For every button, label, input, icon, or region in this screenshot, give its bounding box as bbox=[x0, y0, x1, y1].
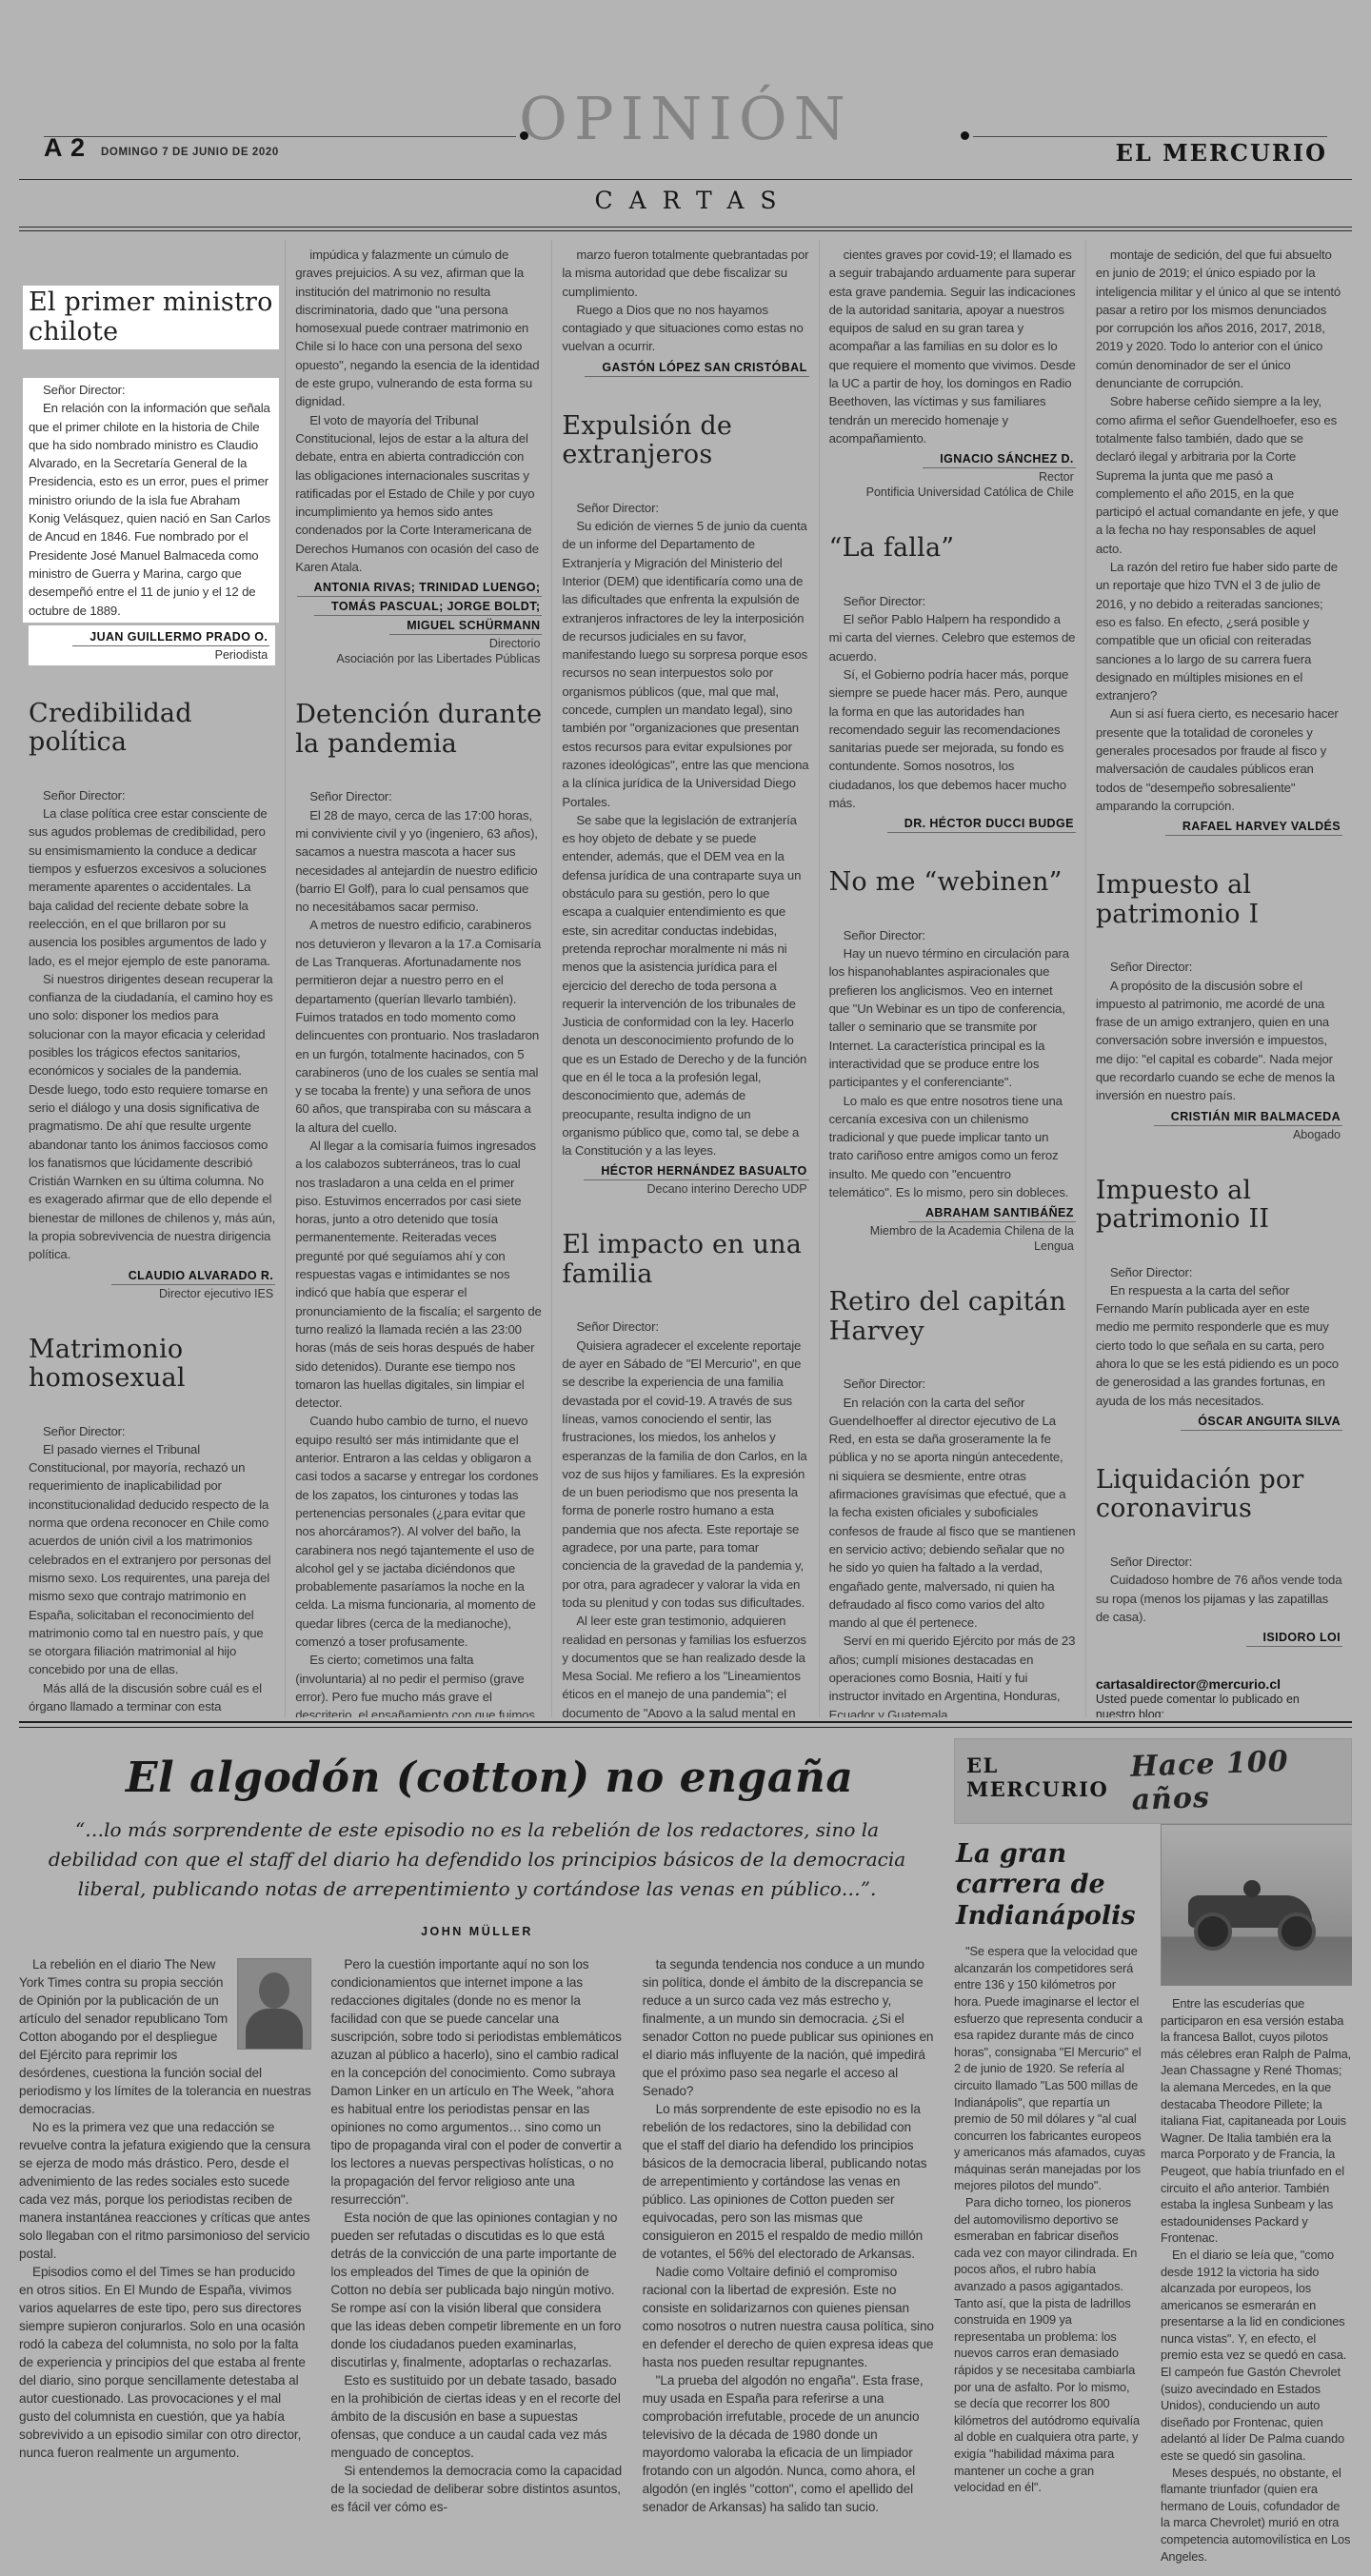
letter-paragraph: En respuesta a la carta del señor Fernan… bbox=[1096, 1281, 1342, 1410]
letter-title: “La falla” bbox=[829, 534, 1076, 564]
feature-columns: La rebelión en el diario The New York Ti… bbox=[19, 1955, 935, 2523]
signature-name: HÉCTOR HERNÁNDEZ BASUALTO bbox=[584, 1164, 808, 1180]
race-car-driver bbox=[1243, 1880, 1261, 1897]
letter-title: El primer ministro chilote bbox=[23, 286, 279, 349]
feature-paragraph: Episodios como el del Times se han produ… bbox=[19, 2263, 311, 2462]
letter-body: Señor Director:Hay un nuevo término en c… bbox=[829, 926, 1076, 1201]
cartas-band-rule-top bbox=[19, 179, 1352, 180]
letter-title: El impacto en una familia bbox=[562, 1231, 808, 1289]
race-car-wheel bbox=[1194, 1912, 1232, 1951]
signature-row: ÓSCAR ANGUITA SILVA bbox=[1096, 1413, 1342, 1432]
race-car-photo bbox=[1161, 1824, 1352, 1986]
signature-name: ANTONIA RIVAS; TRINIDAD LUENGO; bbox=[297, 581, 543, 597]
letter-body: Señor Director:En respuesta a la carta d… bbox=[1096, 1263, 1342, 1410]
feature-paragraph: ta segunda tendencia nos conduce a un mu… bbox=[643, 1955, 935, 2100]
letter-paragraph: A propósito de la discusión sobre el imp… bbox=[1096, 977, 1342, 1105]
feature-article: El algodón (cotton) no engaña “…lo más s… bbox=[19, 1738, 935, 2566]
newspaper-brand: EL MERCURIO bbox=[1116, 139, 1327, 167]
letter-signature: IGNACIO SÁNCHEZ D.RectorPontificia Unive… bbox=[829, 450, 1076, 500]
letter-paragraph: Cuando hubo cambio de turno, el nuevo eq… bbox=[295, 1412, 542, 1651]
letters-columns: El primer ministro chiloteSeñor Director… bbox=[19, 240, 1352, 1717]
letter-title: Matrimonio homosexual bbox=[29, 1336, 275, 1394]
signature-role: Periodista bbox=[34, 647, 269, 663]
letter-title: Expulsión de extranjeros bbox=[562, 412, 808, 470]
signature-row: IGNACIO SÁNCHEZ D. bbox=[829, 450, 1076, 469]
signature-role: Abogado bbox=[1096, 1127, 1342, 1142]
feature-paragraph: Esto es sustituido por un debate tasado,… bbox=[330, 2371, 623, 2462]
signature-name: TOMÁS PASCUAL; JORGE BOLDT; bbox=[314, 600, 542, 616]
signature-row: MIGUEL SCHÜRMANN bbox=[295, 617, 542, 636]
letter-paragraph: Señor Director: bbox=[1096, 958, 1342, 976]
bottom-section-separator bbox=[19, 1721, 1352, 1728]
signature-name: MIGUEL SCHÜRMANN bbox=[389, 619, 542, 635]
letter-signature: DR. HÉCTOR DUCCI BUDGE bbox=[829, 815, 1076, 834]
letter-signature: GASTÓN LÓPEZ SAN CRISTÓBAL bbox=[562, 359, 808, 378]
letter-title: No me “webinen” bbox=[829, 868, 1076, 898]
letter-paragraph: Serví en mi querido Ejército por más de … bbox=[829, 1632, 1076, 1717]
letter-body: Señor Director:La clase política cree es… bbox=[29, 786, 275, 1264]
letters-contact-box: cartasaldirector@mercurio.clUsted puede … bbox=[1096, 1676, 1342, 1717]
signature-row: RAFAEL HARVEY VALDÉS bbox=[1096, 818, 1342, 837]
feature-paragraph: "La prueba del algodón no engaña". Esta … bbox=[643, 2371, 935, 2516]
signature-name: RAFAEL HARVEY VALDÉS bbox=[1165, 820, 1342, 836]
race-car-wheel bbox=[1278, 1912, 1316, 1951]
signature-row: GASTÓN LÓPEZ SAN CRISTÓBAL bbox=[562, 359, 808, 378]
archive-column-left: La gran carrera de Indianápolis "Se espe… bbox=[954, 1824, 1145, 2565]
letter-signature: JUAN GUILLERMO PRADO O.Periodista bbox=[29, 625, 275, 665]
signature-name: ÓSCAR ANGUITA SILVA bbox=[1181, 1415, 1342, 1431]
letter-signature: HÉCTOR HERNÁNDEZ BASUALTODecano interino… bbox=[562, 1162, 808, 1197]
signature-name: JUAN GUILLERMO PRADO O. bbox=[72, 630, 269, 646]
signature-role: Rector bbox=[829, 469, 1076, 485]
signature-row: DR. HÉCTOR DUCCI BUDGE bbox=[829, 815, 1076, 834]
feature-column: ta segunda tendencia nos conduce a un mu… bbox=[643, 1955, 935, 2523]
letter-paragraph: Señor Director: bbox=[1096, 1263, 1342, 1281]
contact-note: Usted puede comentar lo publicado en nue… bbox=[1096, 1692, 1341, 1717]
letter-body: Señor Director:Quisiera agradecer el exc… bbox=[562, 1318, 808, 1717]
letter-body: Señor Director:El pasado viernes el Trib… bbox=[29, 1422, 275, 1717]
signature-row: ABRAHAM SANTIBÁÑEZ bbox=[829, 1204, 1076, 1223]
letter-paragraph: Al llegar a la comisaría fuimos ingresad… bbox=[295, 1137, 542, 1412]
letter-paragraph: Señor Director: bbox=[1096, 1553, 1342, 1571]
letters-column: El primer ministro chiloteSeñor Director… bbox=[19, 240, 285, 1717]
letter-paragraph: Sobre haberse ceñido siempre a la ley, c… bbox=[1096, 392, 1342, 558]
author-photo bbox=[237, 1958, 311, 2050]
signature-row: TOMÁS PASCUAL; JORGE BOLDT; bbox=[295, 598, 542, 617]
letter-paragraph: A metros de nuestro edificio, carabinero… bbox=[295, 916, 542, 1137]
letters-column: montaje de sedición, del que fui absuelt… bbox=[1085, 240, 1352, 1717]
signature-name: DR. HÉCTOR DUCCI BUDGE bbox=[887, 817, 1076, 833]
cartas-band-rule-bottom bbox=[19, 227, 1352, 231]
letter-paragraph: Señor Director: bbox=[562, 499, 808, 517]
feature-byline: JOHN MÜLLER bbox=[19, 1925, 935, 1938]
letter-paragraph: Más allá de la discusión sobre cuál es e… bbox=[29, 1679, 275, 1717]
letter-paragraph: El 28 de mayo, cerca de las 17:00 horas,… bbox=[295, 806, 542, 917]
letter-paragraph: Señor Director: bbox=[562, 1318, 808, 1336]
letter-title: Impuesto al patrimonio I bbox=[1096, 871, 1342, 929]
letter-title: Retiro del capitán Harvey bbox=[829, 1288, 1076, 1346]
letter-paragraph: Señor Director: bbox=[829, 1375, 1076, 1393]
letter-title: Detención durante la pandemia bbox=[295, 701, 542, 759]
letter-paragraph: cientes graves por covid-19; el llamado … bbox=[829, 246, 1076, 447]
masthead-rule-left bbox=[44, 136, 516, 137]
author-photo-shoulders bbox=[246, 2009, 303, 2049]
letter-body: montaje de sedición, del que fui absuelt… bbox=[1096, 246, 1342, 815]
letter-paragraph: Hay un nuevo término en circulación para… bbox=[829, 944, 1076, 1091]
letter-body: Señor Director:Cuidadoso hombre de 76 añ… bbox=[1096, 1553, 1342, 1626]
letter-paragraph: Cuidadoso hombre de 76 años vende toda s… bbox=[1096, 1571, 1342, 1626]
letter-paragraph: El voto de mayoría del Tribunal Constitu… bbox=[295, 411, 542, 577]
archive-script-title: Hace 100 años bbox=[1130, 1743, 1341, 1817]
signature-name: ISIDORO LOI bbox=[1246, 1631, 1343, 1647]
letter-paragraph: Sí, el Gobierno podría hacer más, porque… bbox=[829, 665, 1076, 812]
letter-title: Credibilidad política bbox=[29, 700, 275, 758]
signature-role: Decano interino Derecho UDP bbox=[562, 1181, 808, 1197]
letter-paragraph: Señor Director: bbox=[29, 381, 273, 399]
signature-name: CRISTIÁN MIR BALMACEDA bbox=[1154, 1110, 1342, 1126]
letter-signature: RAFAEL HARVEY VALDÉS bbox=[1096, 818, 1342, 837]
masthead-dot-left bbox=[520, 131, 528, 140]
letter-paragraph: Al leer este gran testimonio, adquieren … bbox=[562, 1612, 808, 1717]
letter-signature: CLAUDIO ALVARADO R.Director ejecutivo IE… bbox=[29, 1267, 275, 1301]
signature-name: GASTÓN LÓPEZ SAN CRISTÓBAL bbox=[585, 361, 808, 377]
letter-paragraph: Señor Director: bbox=[29, 1422, 275, 1440]
archive-paragraph: "Se espera que la velocidad que alcanzar… bbox=[954, 1943, 1145, 2194]
letter-paragraph: Señor Director: bbox=[29, 786, 275, 804]
letters-column: marzo fueron totalmente quebrantadas por… bbox=[551, 240, 818, 1717]
archive-paragraph: En el diario se leía que, "como desde 19… bbox=[1161, 2247, 1352, 2465]
letter-signature: CRISTIÁN MIR BALMACEDAAbogado bbox=[1096, 1108, 1342, 1142]
letter-paragraph: Es cierto; cometimos una falta (involunt… bbox=[295, 1651, 542, 1717]
letter-paragraph: Si nuestros dirigentes desean recuperar … bbox=[29, 970, 275, 1264]
author-photo-head bbox=[259, 1972, 289, 2009]
feature-pull-quote: “…lo más sorprendente de este episodio n… bbox=[44, 1815, 910, 1904]
signature-row: ANTONIA RIVAS; TRINIDAD LUENGO; bbox=[295, 579, 542, 598]
letter-body: impúdica y falazmente un cúmulo de grave… bbox=[295, 246, 542, 576]
letter-paragraph: En relación con la carta del señor Guend… bbox=[829, 1394, 1076, 1633]
letter-signature: ANTONIA RIVAS; TRINIDAD LUENGO;TOMÁS PAS… bbox=[295, 579, 542, 666]
letter-paragraph: Su edición de viernes 5 de junio da cuen… bbox=[562, 517, 808, 811]
archive-brand: EL MERCURIO bbox=[966, 1754, 1120, 1801]
archive-banner: EL MERCURIO Hace 100 años bbox=[954, 1738, 1352, 1824]
archive-paragraph: Meses después, no obstante, el flamante … bbox=[1161, 2465, 1352, 2565]
letter-paragraph: Lo malo es que entre nosotros tiene una … bbox=[829, 1092, 1076, 1202]
signature-role: Miembro de la Academia Chilena de la Len… bbox=[829, 1223, 1076, 1254]
letter-signature: ÓSCAR ANGUITA SILVA bbox=[1096, 1413, 1342, 1432]
archive-headline: La gran carrera de Indianápolis bbox=[956, 1839, 1145, 1932]
archive-paragraph: Para dicho torneo, los pioneros del auto… bbox=[954, 2194, 1145, 2496]
letter-body: cientes graves por covid-19; el llamado … bbox=[829, 246, 1076, 447]
letter-paragraph: La clase política cree estar consciente … bbox=[29, 804, 275, 970]
letter-signature: ABRAHAM SANTIBÁÑEZMiembro de la Academia… bbox=[829, 1204, 1076, 1254]
letter-paragraph: impúdica y falazmente un cúmulo de grave… bbox=[295, 246, 542, 411]
letter-paragraph: Ruego a Dios que no nos hayamos contagia… bbox=[562, 301, 808, 356]
letters-column: cientes graves por covid-19; el llamado … bbox=[819, 240, 1085, 1717]
signature-row: ISIDORO LOI bbox=[1096, 1629, 1342, 1648]
feature-column: Pero la cuestión importante aquí no son … bbox=[330, 1955, 623, 2523]
letter-paragraph: montaje de sedición, del que fui absuelt… bbox=[1096, 246, 1342, 392]
letter-body: Señor Director:Su edición de viernes 5 d… bbox=[562, 499, 808, 1160]
signature-name: ABRAHAM SANTIBÁÑEZ bbox=[908, 1206, 1076, 1222]
letter-body: Señor Director:A propósito de la discusi… bbox=[1096, 958, 1342, 1104]
signature-role: Directorio bbox=[295, 636, 542, 651]
letter-paragraph: Aun si así fuera cierto, es necesario ha… bbox=[1096, 704, 1342, 815]
letter-body: Señor Director:El señor Pablo Halpern ha… bbox=[829, 592, 1076, 813]
letter-paragraph: marzo fueron totalmente quebrantadas por… bbox=[562, 246, 808, 301]
archive-paragraph: Entre las escuderías que participaron en… bbox=[1161, 1995, 1352, 2247]
signature-name: CLAUDIO ALVARADO R. bbox=[111, 1269, 276, 1285]
masthead-rule-right bbox=[973, 136, 1327, 137]
letter-body: marzo fueron totalmente quebrantadas por… bbox=[562, 246, 808, 356]
letter-paragraph: En relación con la información que señal… bbox=[29, 399, 273, 620]
signature-name: IGNACIO SÁNCHEZ D. bbox=[923, 452, 1076, 468]
archive-column-right: Entre las escuderías que participaron en… bbox=[1161, 1824, 1352, 2565]
signature-row: CRISTIÁN MIR BALMACEDA bbox=[1096, 1108, 1342, 1127]
letter-title: Liquidación por coronavirus bbox=[1096, 1466, 1342, 1524]
signature-row: JUAN GUILLERMO PRADO O. bbox=[34, 628, 269, 647]
signature-row: HÉCTOR HERNÁNDEZ BASUALTO bbox=[562, 1162, 808, 1181]
signature-row: CLAUDIO ALVARADO R. bbox=[29, 1267, 275, 1286]
contact-email: cartasaldirector@mercurio.cl bbox=[1096, 1676, 1341, 1692]
letter-body: Señor Director:En relación con la carta … bbox=[829, 1375, 1076, 1717]
feature-paragraph: Esta noción de que las opiniones contagi… bbox=[330, 2209, 623, 2371]
letters-column: impúdica y falazmente un cúmulo de grave… bbox=[285, 240, 551, 1717]
letter-paragraph: Quisiera agradecer el excelente reportaj… bbox=[562, 1337, 808, 1612]
feature-paragraph: No es la primera vez que una redacción s… bbox=[19, 2118, 311, 2263]
signature-role: Asociación por las Libertades Públicas bbox=[295, 651, 542, 666]
feature-headline: El algodón (cotton) no engaña bbox=[126, 1754, 935, 1802]
letter-paragraph: El pasado viernes el Tribunal Constituci… bbox=[29, 1440, 275, 1679]
letter-paragraph: La razón del retiro fue haber sido parte… bbox=[1096, 558, 1342, 704]
letter-title: Impuesto al patrimonio II bbox=[1096, 1177, 1342, 1235]
letter-paragraph: Señor Director: bbox=[829, 592, 1076, 610]
signature-role: Director ejecutivo IES bbox=[29, 1286, 275, 1301]
letter-body: Señor Director:En relación con la inform… bbox=[23, 378, 279, 623]
feature-paragraph: Lo más sorprendente de este episodio no … bbox=[643, 2100, 935, 2263]
letter-signature: ISIDORO LOI bbox=[1096, 1629, 1342, 1648]
feature-column: La rebelión en el diario The New York Ti… bbox=[19, 1955, 311, 2523]
masthead-dot-right bbox=[961, 131, 969, 140]
cartas-band-title: CARTAS bbox=[0, 187, 1371, 214]
letter-paragraph: Señor Director: bbox=[829, 926, 1076, 944]
letter-body: Señor Director:El 28 de mayo, cerca de l… bbox=[295, 787, 542, 1717]
feature-paragraph: Si entendemos la democracia como la capa… bbox=[330, 2462, 623, 2516]
letter-paragraph: Se sabe que la legislación de extranjerí… bbox=[562, 811, 808, 1160]
signature-role: Pontificia Universidad Católica de Chile bbox=[829, 485, 1076, 500]
archive-section: EL MERCURIO Hace 100 años La gran carrer… bbox=[954, 1738, 1352, 2565]
feature-paragraph: Nadie como Voltaire definió el compromis… bbox=[643, 2263, 935, 2371]
feature-paragraph: Pero la cuestión importante aquí no son … bbox=[330, 1955, 623, 2209]
letter-paragraph: El señor Pablo Halpern ha respondido a m… bbox=[829, 610, 1076, 665]
letter-paragraph: Señor Director: bbox=[295, 787, 542, 805]
